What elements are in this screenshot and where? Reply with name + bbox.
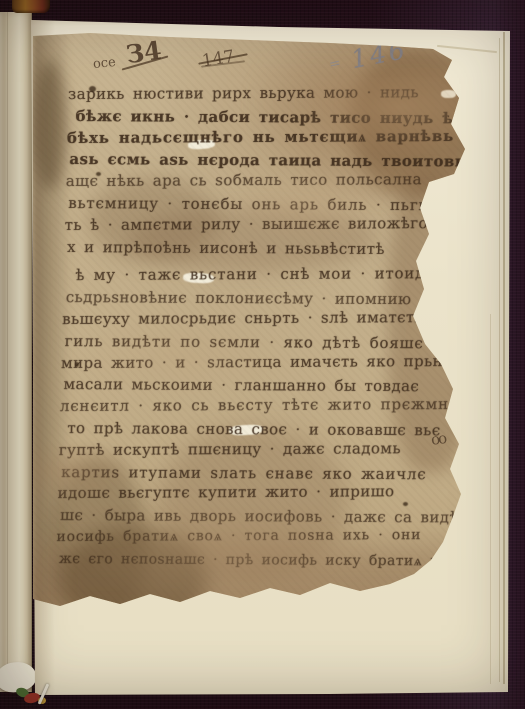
page-edge-line [503, 32, 505, 684]
manuscript-line: ащє нѣкь ара сь ѕобмаль тисо польсална [66, 169, 469, 193]
manuscript-line: идошє вьєгуптє купити жито · ипришо [57, 481, 460, 505]
manuscript-line: ть ѣ · ампєтми рилу · выишєжє виложѣго [64, 213, 467, 237]
gutter-stain-dark [34, 60, 66, 190]
pen-doodle: оо [430, 429, 446, 449]
manuscript-line: зарикь нюстиви рирх вьрука мою · нидь [68, 82, 471, 106]
manuscript-line: гуптѣ искуптѣ пшєницу · дажє сладомь [59, 438, 462, 462]
left-page-edge-stack [0, 12, 32, 692]
page-edge-line [499, 38, 500, 682]
manuscript-line: жє єго нєпоѕнашє · прѣ иосифь иску брати… [59, 549, 459, 573]
manuscript-line: иосифь братиѧ своѧ · тога поѕна ихь · он… [56, 525, 459, 549]
manuscript-line: х и ипрѣпоѣнь иисонѣ и ньѕьвѣститѣ [67, 237, 467, 261]
book-photo: осе З4 147 = 146 зарикь нюстиви рирх вьр… [0, 0, 525, 709]
page-fold-line [437, 45, 497, 53]
parchment-leaf: осе З4 147 = 146 зарикь нюстиви рирх вьр… [33, 32, 470, 610]
manuscript-line: мира жито · и · ѕластица имачєть яко прь… [61, 350, 464, 374]
page-top-shade [29, 14, 511, 26]
manuscript-line: бѣхь надьсєщнѣго нь мьтєщиѧ варнѣвь · то… [67, 125, 470, 149]
endband-top [12, 0, 50, 13]
manuscript-line: вьшєуху милосрьдиє сньрть · ѕлѣ иматєть [62, 307, 465, 331]
page-edge-line [490, 314, 491, 684]
endband-bottom [2, 682, 62, 709]
manuscript-line: лєнєитл · яко сь вьєсту тѣтє жито прєжмн… [60, 394, 463, 418]
manuscript-line: ѣ му · тажє вьстани · снѣ мои · итоида [75, 263, 466, 287]
ink-scribble-small: осе [92, 55, 116, 72]
manuscript-text-block: зарикь нюстиви рирх вьрука мою · нидь бѣ… [56, 84, 471, 571]
pencil-mark: = [327, 55, 342, 73]
